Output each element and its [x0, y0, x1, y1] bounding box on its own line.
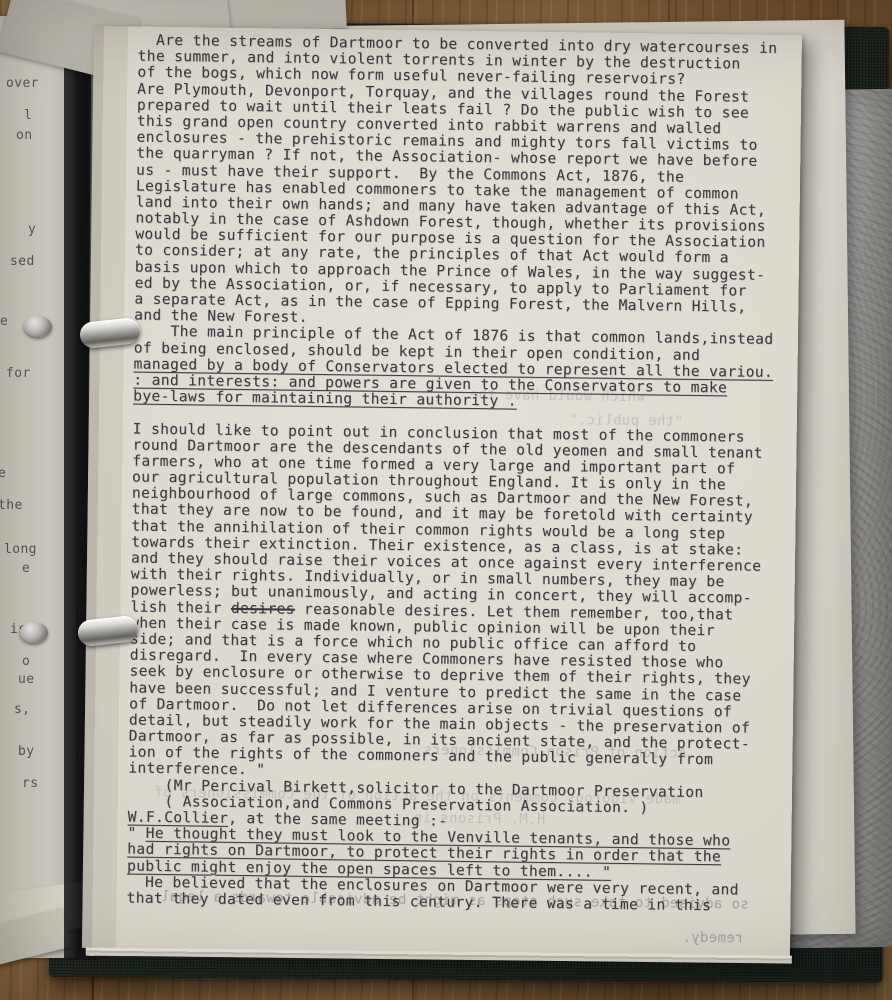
margin-fragment: over: [6, 76, 39, 91]
margin-fragment: e: [0, 466, 6, 481]
margin-fragment: e: [22, 561, 30, 576]
binder-ring-tip-bottom: [20, 622, 48, 643]
margin-fragment: for: [6, 366, 31, 381]
typed-document-page: Are the streams of Dartmoor to be conver…: [82, 26, 802, 957]
bleedthrough-line: "the public.": [569, 412, 683, 429]
margin-fragment: long: [4, 542, 37, 557]
margin-fragment: o: [22, 654, 30, 669]
margin-fragment: s,: [14, 702, 30, 717]
margin-fragment: rs: [22, 776, 38, 791]
bleedthrough-line: remedy.: [682, 930, 744, 947]
margin-fragment: sed: [10, 254, 35, 269]
binder-ring-tip-top: [24, 316, 52, 337]
margin-fragment: by: [18, 744, 34, 759]
photo-of-binder-document: overlonysedeforethelongeisoues,byrs Are …: [0, 0, 892, 1000]
margin-fragment: the: [0, 498, 23, 513]
typewritten-text-block: Are the streams of Dartmoor to be conver…: [126, 33, 791, 916]
margin-fragment: l: [24, 108, 32, 123]
margin-fragment: ue: [18, 672, 34, 687]
margin-fragment: on: [16, 128, 32, 143]
bleedthrough-line: which would have the: [469, 387, 645, 405]
margin-fragment: y: [28, 222, 36, 237]
margin-fragment: e: [0, 314, 8, 329]
bleedthrough-line: H.M. Prisons in: [414, 810, 546, 828]
